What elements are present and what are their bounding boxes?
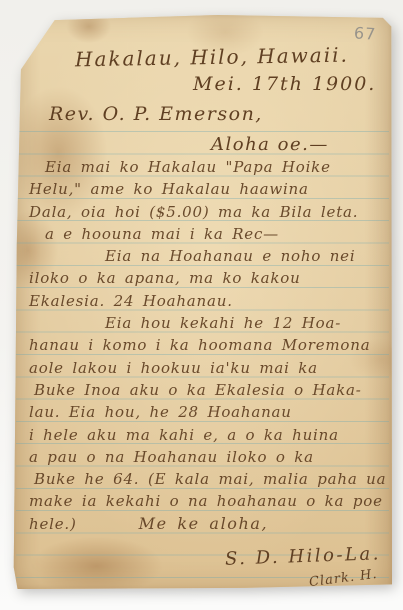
letter-line: hele.) xyxy=(29,515,77,533)
scanned-letter-photo: 67 Hakalau, Hilo, Hawaii. Mei. 17th 1900… xyxy=(0,0,403,610)
letter-line: Eia hou kekahi he 12 Hoa- xyxy=(105,312,389,334)
letter-line: Buke Inoa aku o ka Ekalesia o Haka- xyxy=(34,379,389,401)
paper-shadow-wrap: 67 Hakalau, Hilo, Hawaii. Mei. 17th 1900… xyxy=(0,0,403,610)
archival-number: 67 xyxy=(353,23,377,44)
letter-line: Dala, oia hoi ($5.00) ma ka Bila leta. xyxy=(29,201,389,223)
letter-paper: 67 Hakalau, Hilo, Hawaii. Mei. 17th 1900… xyxy=(13,15,392,589)
letter-place-line: Hakalau, Hilo, Hawaii. xyxy=(75,43,349,72)
letter-line: Helu," ame ko Hakalau haawina xyxy=(29,178,389,200)
letter-line: Buke he 64. (E kala mai, malia paha ua xyxy=(34,468,389,490)
letter-body: Eia mai ko Hakalau "Papa Hoike Helu," am… xyxy=(29,156,389,535)
letter-salutation: Aloha oe.— xyxy=(211,134,329,155)
letter-line: make ia kekahi o na hoahanau o ka poe i xyxy=(29,490,389,512)
letter-line: Eia mai ko Hakalau "Papa Hoike xyxy=(45,156,389,178)
letter-line: iloko o ka apana, ma ko kakou xyxy=(29,267,389,289)
letter-closing-line: hele.)Me ke aloha, xyxy=(29,513,389,535)
letter-closing: Me ke aloha, xyxy=(139,514,269,533)
letter-line: Ekalesia. 24 Hoahanau. xyxy=(29,290,389,312)
letter-line: hanau i komo i ka hoomana Moremona xyxy=(29,334,389,356)
letter-line: Eia na Hoahanau e noho nei xyxy=(105,245,389,267)
letter-line: lau. Eia hou, he 28 Hoahanau xyxy=(29,401,389,423)
letter-line: a pau o na Hoahanau iloko o ka xyxy=(29,446,389,468)
letter-line: aole lakou i hookuu ia'ku mai ka xyxy=(29,357,389,379)
letter-line: a e hoouna mai i ka Rec— xyxy=(45,223,389,245)
letter-date-line: Mei. 17th 1900. xyxy=(193,73,376,95)
letter-recipient: Rev. O. P. Emerson, xyxy=(49,103,263,125)
letter-line: i hele aku ma kahi e, a o ka huina xyxy=(29,424,389,446)
